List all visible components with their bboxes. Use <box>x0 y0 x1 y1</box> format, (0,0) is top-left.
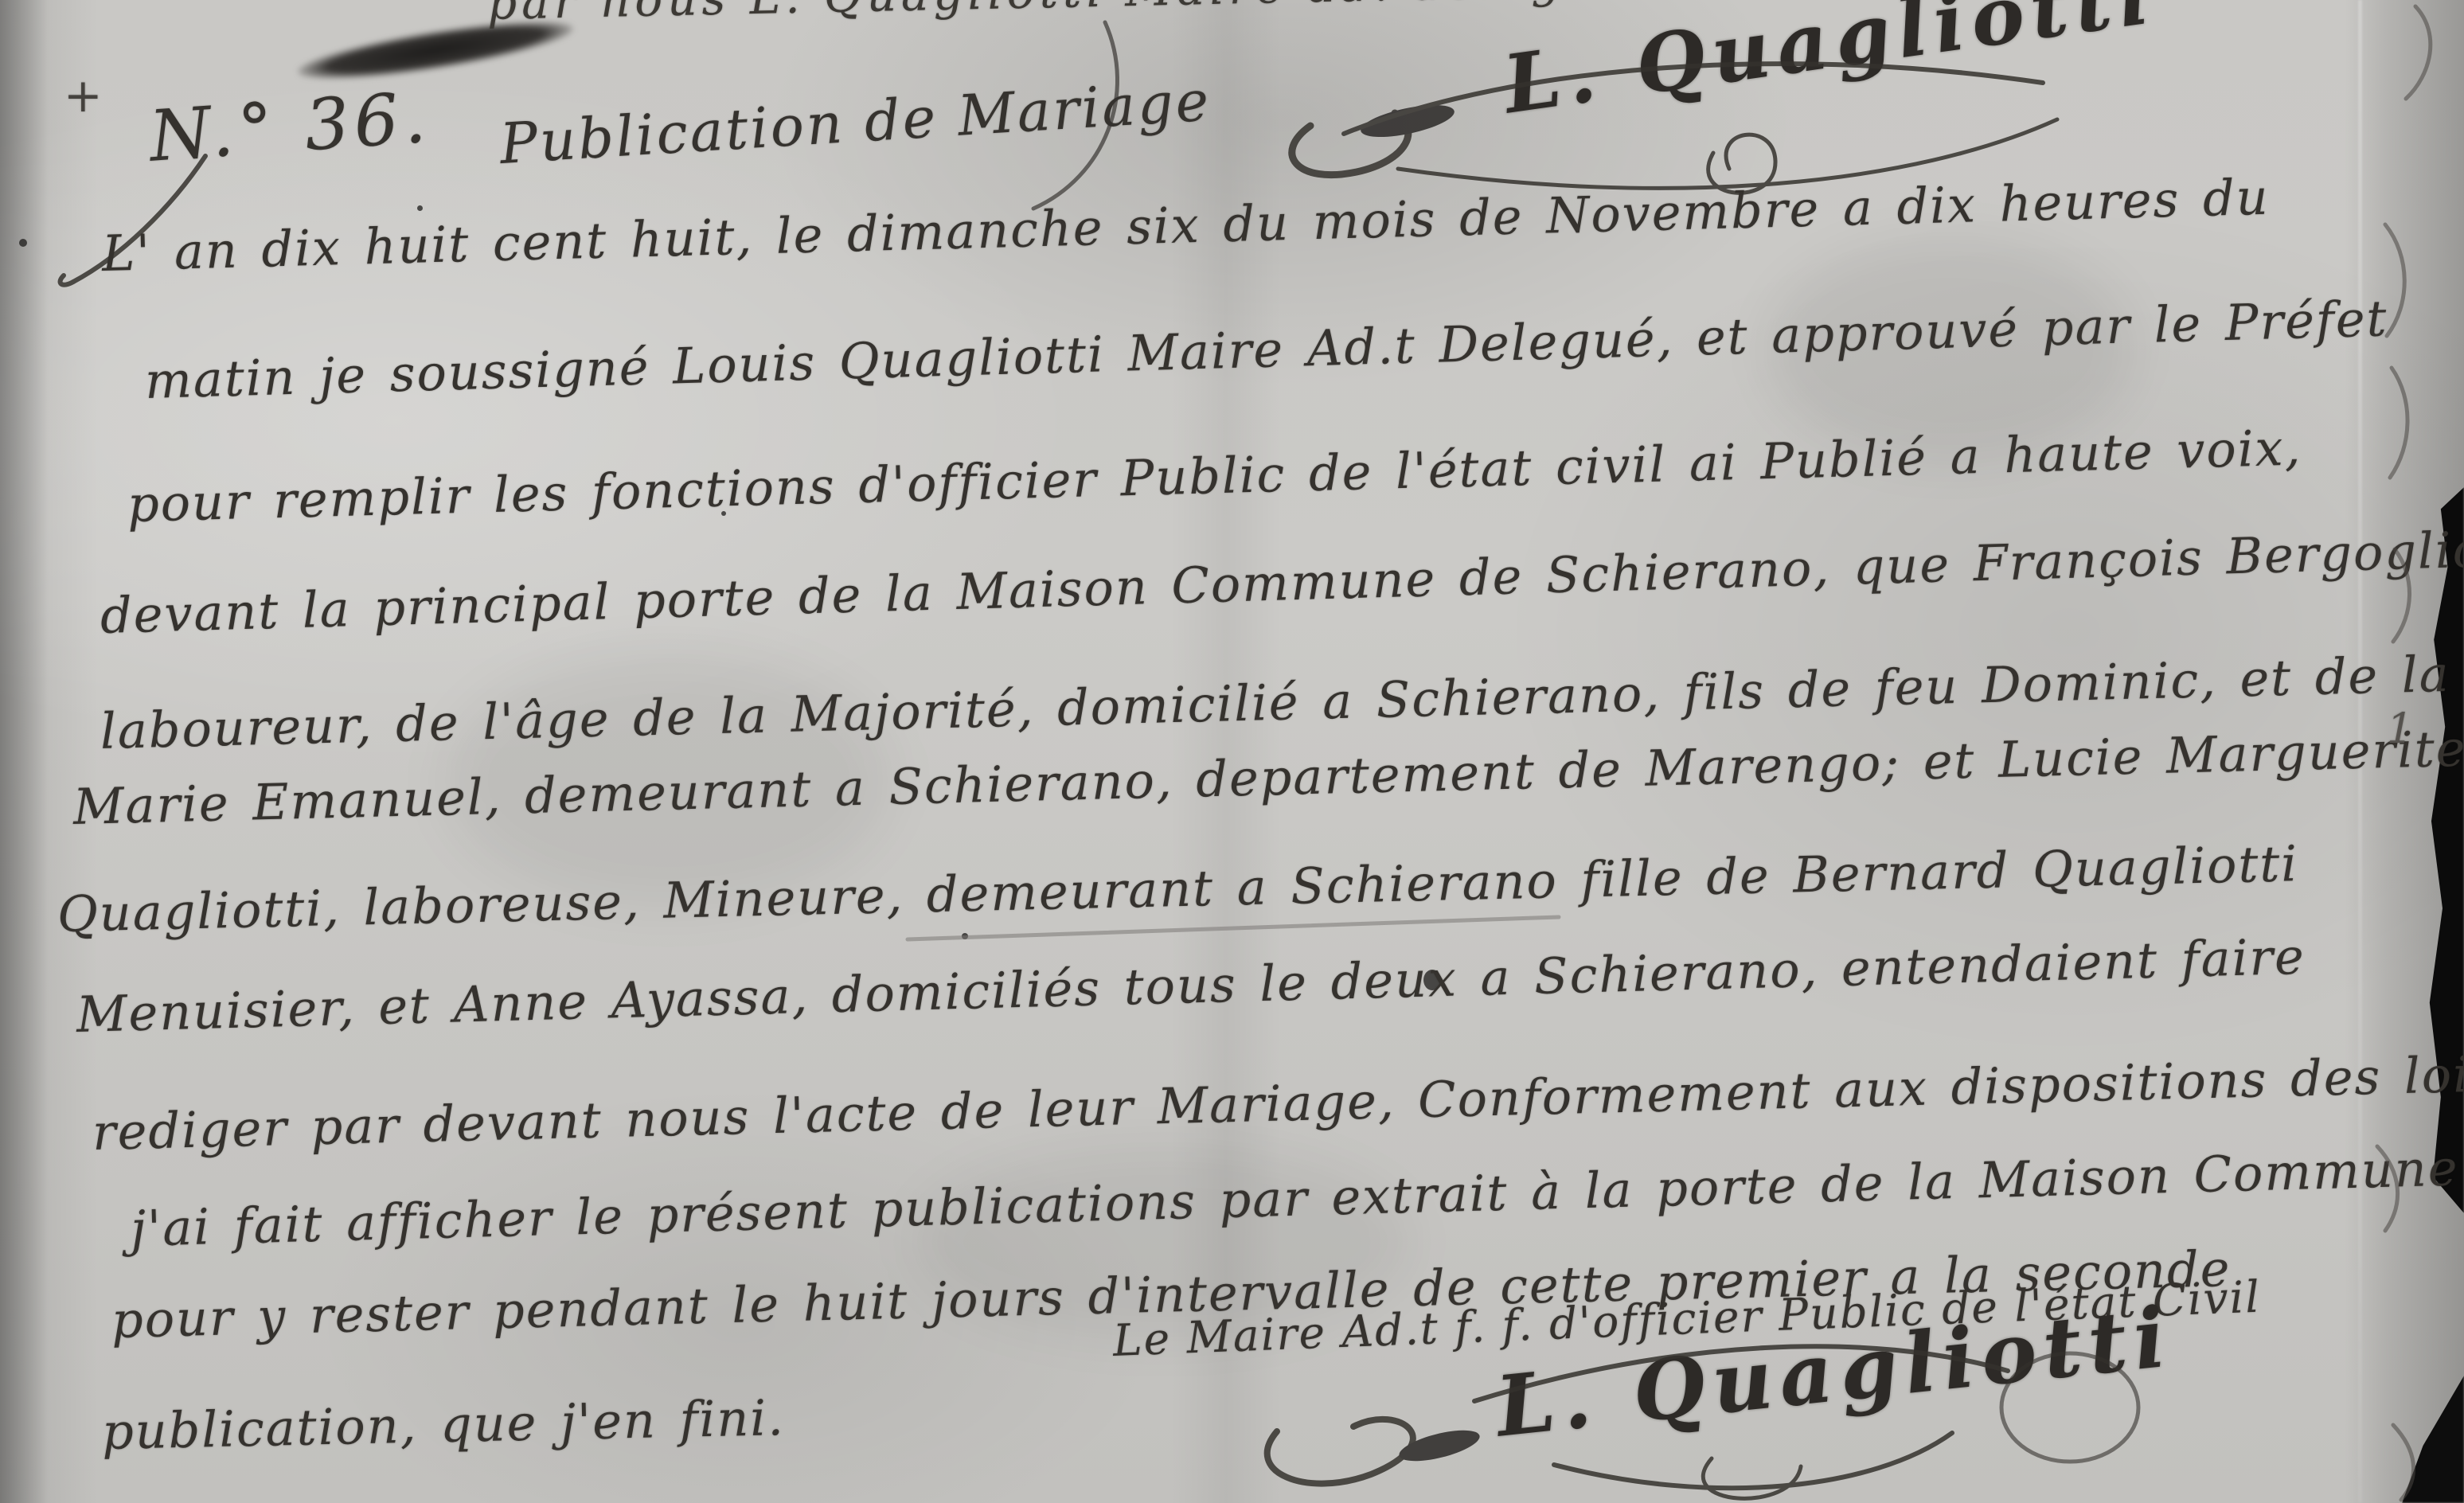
doc-title: Publication de Mariage <box>498 68 1212 176</box>
mayor-signature-top: L. Quagliotti <box>1498 0 2161 131</box>
scanned-register-page: par nous L. Quagliotti Maire ad. delegue… <box>0 0 2464 1503</box>
paper-sheet: par nous L. Quagliotti Maire ad. delegue… <box>0 0 2464 1503</box>
margin-cross-mark: + <box>64 68 103 123</box>
body-line: j'ai fait afficher le présent publicatio… <box>130 1138 2459 1258</box>
margin-number: 1 <box>2387 705 2413 753</box>
ink-speck <box>962 933 968 939</box>
record-number: N.° 36. <box>146 76 433 177</box>
ink-speck <box>417 205 423 211</box>
cutoff-top-line: par nous L. Quagliotti Maire ad. delegue <box>486 0 1632 30</box>
body-line: publication, que j'en fini. <box>101 1388 785 1461</box>
ink-speck <box>19 239 27 247</box>
left-page-edge-shadow <box>0 0 48 1503</box>
